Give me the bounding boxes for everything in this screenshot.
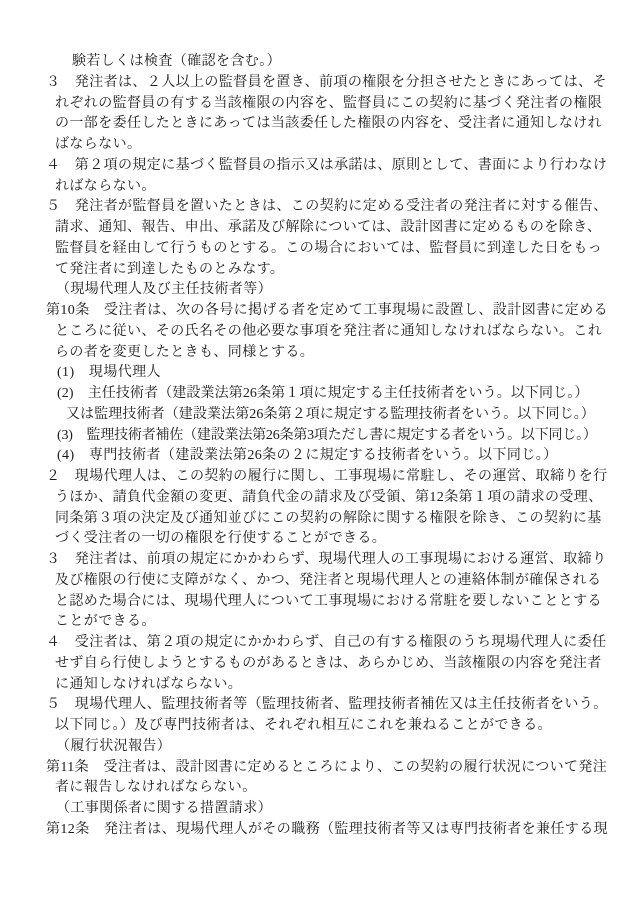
document-line-para: ５ 発注者が監督員を置いたときは、この契約に定める受注者の発注者に対する催告、: [46, 197, 591, 218]
document-line-para: ５ 現場代理人、監理技術者等（監理技術者、監理技術者補佐又は主任技術者をいう。: [46, 695, 591, 716]
document-line-cont: づく受注者の一切の権限を行使することができる。: [46, 529, 591, 550]
document-line-item: (3) 監理技術者補佐（建設業法第26条第3項ただし書に規定する者をいう。以下同…: [46, 426, 591, 447]
document-line-cont: 請求、通知、報告、申出、承諾及び解除については、設計図書に定めるものを除き、: [46, 218, 591, 239]
document-line-heading: （現場代理人及び主任技術者等）: [46, 280, 591, 301]
document-line-item: (1) 現場代理人: [46, 363, 591, 384]
document-line-cont: らの者を変更したときも、同様とする。: [46, 343, 591, 364]
document-line-cont2: 験若しくは検査（確認を含む。）: [46, 52, 591, 73]
document-line-cont: と認めた場合には、現場代理人について工事現場における常駐を要しないこととする: [46, 592, 591, 613]
document-line-article: 第12条 発注者は、現場代理人がその職務（監理技術者等又は専門技術者を兼任する現: [46, 820, 591, 841]
document-line-cont: せず自ら行使しようとするものがあるときは、あらかじめ、当該権限の内容を発注者: [46, 654, 591, 675]
document-line-item: (2) 主任技術者（建設業法第26条第１項に規定する主任技術者をいう。以下同じ。…: [46, 384, 591, 405]
document-line-cont: うほか、請負代金額の変更、請負代金の請求及び受領、第12条第１項の請求の受理、: [46, 488, 591, 509]
document-line-cont: 同条第３項の決定及び通知並びにこの契約の解除に関する権限を除き、この契約に基: [46, 509, 591, 530]
document-line-article: 第11条 受注者は、設計図書に定めるところにより、この契約の履行状況について発注: [46, 758, 591, 779]
document-line-cont: 以下同じ。）及び専門技術者は、それぞれ相互にこれを兼ねることができる。: [46, 716, 591, 737]
document-line-cont: に通知しなければならない。: [46, 675, 591, 696]
document-line-heading: （履行状況報告）: [46, 737, 591, 758]
document-line-cont: て発注者に到達したものとみなす。: [46, 260, 591, 281]
document-line-heading: （工事関係者に関する措置請求）: [46, 799, 591, 820]
document-line-cont: れぞれの監督員の有する当該権限の内容を、監督員にこの契約に基づく発注者の権限: [46, 94, 591, 115]
document-line-cont: ことができる。: [46, 612, 591, 633]
document-line-para: ４ 第２項の規定に基づく監督員の指示又は承諾は、原則として、書面により行わなけ: [46, 156, 591, 177]
document-line-para: ４ 受注者は、第２項の規定にかかわらず、自己の有する権限のうち現場代理人に委任: [46, 633, 591, 654]
document-line-para: ２ 現場代理人は、この契約の履行に関し、工事現場に常駐し、その運営、取締りを行: [46, 467, 591, 488]
document-line-cont: の一部を委任したときにあっては当該委任した権限の内容を、受注者に通知しなけれ: [46, 114, 591, 135]
document-line-cont: ところに従い、その氏名その他必要な事項を発注者に通知しなければならない。これ: [46, 322, 591, 343]
document-line-cont: ればならない。: [46, 177, 591, 198]
document-line-cont: 監督員を経由して行うものとする。この場合においては、監督員に到達した日をもっ: [46, 239, 591, 260]
contract-document-page: 験若しくは検査（確認を含む。）３ 発注者は、２人以上の監督員を置き、前項の権限を…: [0, 0, 630, 903]
document-body: 験若しくは検査（確認を含む。）３ 発注者は、２人以上の監督員を置き、前項の権限を…: [46, 52, 591, 841]
document-line-article: 第10条 受注者は、次の各号に掲げる者を定めて工事現場に設置し、設計図書に定める: [46, 301, 591, 322]
document-line-cont: 者に報告しなければならない。: [46, 778, 591, 799]
document-line-cont: 及び権限の行使に支障がなく、かつ、発注者と現場代理人との連絡体制が確保される: [46, 571, 591, 592]
document-line-para: ３ 発注者は、前項の規定にかかわらず、現場代理人の工事現場における運営、取締り: [46, 550, 591, 571]
document-line-item: (4) 専門技術者（建設業法第26条の２に規定する技術者をいう。以下同じ。）: [46, 446, 591, 467]
document-line-item-cont: 又は監理技術者（建設業法第26条第２項に規定する監理技術者をいう。以下同じ。）: [46, 405, 591, 426]
document-line-cont: ばならない。: [46, 135, 591, 156]
document-line-para: ３ 発注者は、２人以上の監督員を置き、前項の権限を分担させたときにあっては、そ: [46, 73, 591, 94]
